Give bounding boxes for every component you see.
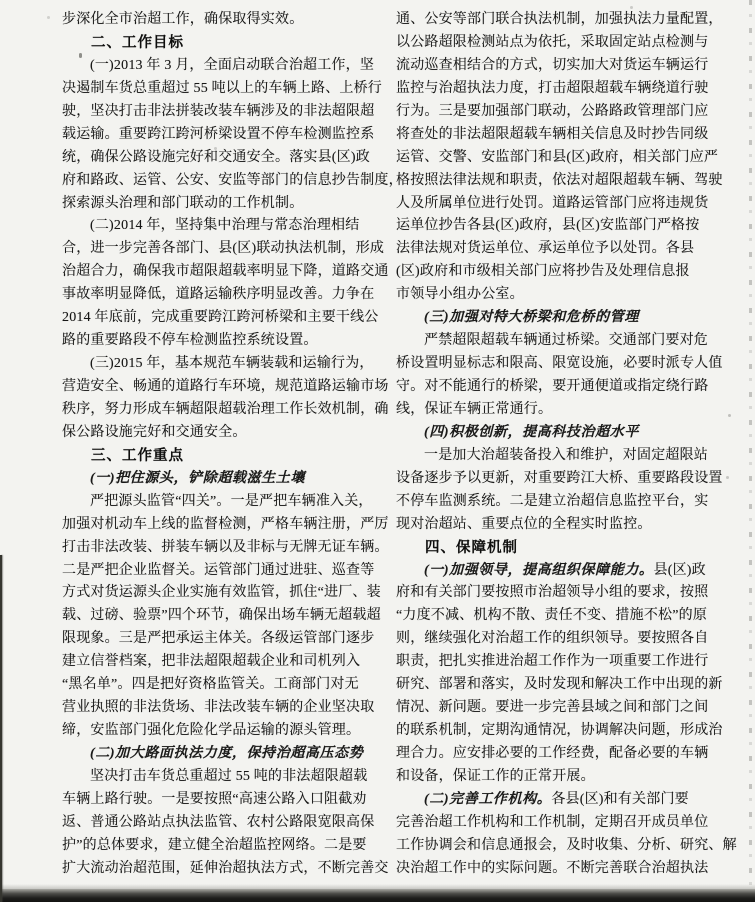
text-line: 府和有关部门要按照市治超领导小组的要求，按照 (396, 582, 714, 605)
scan-speck (630, 6, 633, 9)
text-line: 现对治超站、重要点位的全程实时监控。 (396, 514, 714, 537)
section-heading: 二、工作目标 (62, 32, 380, 55)
scan-edge-bottom (0, 889, 755, 902)
text-line: 营造安全、畅通的道路行车环境，规范道路运输市场 (62, 376, 380, 399)
text-line: 流动巡查相结合的方式，切实加大对货运车辆运行 (396, 55, 714, 78)
scan-speck (351, 756, 354, 759)
text-line: 护”的总体要求，建立健全治超监控网络。二是要 (62, 835, 380, 858)
text-line: 府和路政、运管、公安、安监等部门的信息抄告制度， (62, 170, 380, 193)
text-line: 行为。三是要加强部门联动，公路路政管理部门应 (396, 101, 714, 124)
text-line: 一是加大治超装备投入和维护，对固定超限站 (396, 445, 714, 468)
subsection-heading: (二)加大路面执法力度，保持治超高压态势 (62, 743, 380, 766)
text-line: 则，继续强化对治超工作的组织领导。要按照各自 (396, 628, 714, 651)
scan-speck (728, 414, 731, 417)
scan-noise-right (749, 0, 752, 889)
text-line: 车辆上路行驶。一是要按照“高速公路入口阻截劝 (62, 789, 380, 812)
text-line: 决遏制车货总重超过 55 吨以上的车辆上路、上桥行 (62, 78, 380, 101)
text-line: 格按照法律法规和职责，依法对超限超载车辆、驾驶 (396, 170, 714, 193)
text-line: 二是严把企业监督关。运管部门通过进驻、巡查等 (62, 560, 380, 583)
text-line: 职责，把扎实推进治超工作作为一项重要工作进行 (396, 651, 714, 674)
text-line: 事故率明显降低，道路运输秩序明显改善。力争在 (62, 284, 380, 307)
text-line: 和设备，保证工作的正常开展。 (396, 766, 714, 789)
scan-speck (214, 147, 217, 150)
text-line: 返、普通公路站点执法监管、农村公路限宽限高保 (62, 812, 380, 835)
subsection-heading-inline: (一)加强领导，提高组织保障能力。 (424, 563, 654, 578)
scan-edge-left (0, 555, 2, 902)
text-line: (一)加强领导，提高组织保障能力。县(区)政 (396, 560, 714, 583)
subsection-heading-inline: (二)完善工作机构。 (424, 792, 551, 807)
text-line: 打击非法改装、拼装车辆以及非标与无牌无证车辆。 (62, 537, 380, 560)
text-line: 完善治超工作机构和工作机制，定期召开成员单位 (396, 812, 714, 835)
text-line: 合，进一步完善各部门、县(区)联动执法机制，形成 (62, 238, 380, 261)
text-line: 路的重要路段不停车检测监控系统设置。 (62, 330, 380, 353)
text-line: 步深化全市治超工作，确保取得实效。 (62, 9, 380, 32)
text-line: 严把源头监管“四关”。一是严把车辆准入关， (62, 491, 380, 514)
text-line: 统，确保公路设施完好和交通安全。落实县(区)政 (62, 147, 380, 170)
text-line: (区)政府和市级相关部门应将抄告及处理信息报 (396, 261, 714, 284)
text-line: (二)完善工作机构。各县(区)和有关部门要 (396, 789, 714, 812)
text-line: 将查处的非法超限超载车辆相关信息及时抄告同级 (396, 124, 714, 147)
scan-speck (83, 88, 86, 91)
text-line: 方式对货运源头企业实施有效监管，抓住“进厂、装 (62, 582, 380, 605)
text-line: 限现象。三是严把承运主体关。各级运管部门逐步 (62, 628, 380, 651)
scan-speck (79, 53, 82, 58)
text-line: 以公路超限检测站点为依托，采取固定站点检测与 (396, 32, 714, 55)
text-line: (二)2014 年，坚持集中治理与常态治理相结 (62, 215, 380, 238)
text-line: 法律法规对货运单位、承运单位予以处罚。各县 (396, 238, 714, 261)
text-line: 运管、交警、安监部门和县(区)政府，相关部门应严 (396, 147, 714, 170)
text-line: 营业执照的非法货场、非法改装车辆的企业坚决取 (62, 697, 380, 720)
text-line: 的联系机制，定期沟通情况，协调解决问题，形成治 (396, 720, 714, 743)
text-line: 监控与治超执法力度，打击超限超载车辆绕道行驶 (396, 78, 714, 101)
text-line: 加强对机动车上线的监督检测，严格车辆注册，严厉 (62, 514, 380, 537)
text-line: 秩序，努力形成车辆超限超载治理工作长效机制，确 (62, 399, 380, 422)
text-line: 决治超工作中的实际问题。不断完善联合治超执法 (396, 858, 714, 881)
text-line: 载、过磅、验票”四个环节，确保出场车辆无超载超 (62, 605, 380, 628)
text-line: 线，保证车辆正常通行。 (396, 399, 714, 422)
text-line: 市领导小组办公室。 (396, 284, 714, 307)
text-line: 严禁超限超载车辆通过桥梁。交通部门要对危 (396, 330, 714, 353)
text-line: 情况、新问题。要进一步完善县域之间和部门之间 (396, 697, 714, 720)
section-heading: 四、保障机制 (396, 537, 714, 560)
text-line: 工作协调会和信息通报会，及时收集、分析、研究、解 (396, 835, 714, 858)
text-line: 设备逐步予以更新，对重要跨江大桥、重要路段设置 (396, 468, 714, 491)
text-line: 建立信誉档案，把非法超限超载企业和司机列入 (62, 651, 380, 674)
text-line: 载运输。重要跨江跨河桥梁设置不停车检测监控系 (62, 124, 380, 147)
subsection-heading: (四)积极创新，提高科技治超水平 (396, 422, 714, 445)
text-line: “黑名单”。四是把好资格监管关。工商部门对无 (62, 674, 380, 697)
scanned-page: 步深化全市治超工作，确保取得实效。二、工作目标(一)2013 年 3 月，全面启… (0, 0, 755, 902)
text-line: 守。对不能通行的桥梁，要开通便道或指定绕行路 (396, 376, 714, 399)
text-line: 驶，坚决打击非法拼装改装车辆涉及的非法超限超 (62, 101, 380, 124)
text-line: 研究、部署和落实，及时发现和解决工作中出现的新 (396, 674, 714, 697)
text-line: 治超合力，确保我市超限超载率明显下降，道路交通 (62, 261, 380, 284)
text-line: 人及所属单位进行处罚。道路运管部门应将违规货 (396, 193, 714, 216)
right-text-column: 通、公安等部门联合执法机制，加强执法力量配置，以公路超限检测站点为依托，采取固定… (396, 9, 714, 881)
subsection-heading: (三)加强对特大桥梁和危桥的管理 (396, 307, 714, 330)
text-line: (三)2015 年，基本规范车辆装载和运输行为， (62, 353, 380, 376)
text-line: 缔，安监部门强化危险化学品运输的源头管理。 (62, 720, 380, 743)
left-text-column: 步深化全市治超工作，确保取得实效。二、工作目标(一)2013 年 3 月，全面启… (62, 9, 380, 881)
scan-speck (47, 16, 50, 19)
text-line: 扩大流动治超范围，延伸治超执法方式，不断完善交 (62, 858, 380, 881)
text-line: 坚决打击车货总重超过 55 吨的非法超限超载 (62, 766, 380, 789)
text-line: 保公路设施完好和交通安全。 (62, 422, 380, 445)
text-line: 桥设置明显标志和限高、限宽设施，必要时派专人值 (396, 353, 714, 376)
subsection-heading: (一)把住源头，铲除超载滋生土壤 (62, 468, 380, 491)
text-line: “力度不减、机构不散、责任不变、措施不松”的原 (396, 605, 714, 628)
text-line: 通、公安等部门联合执法机制，加强执法力量配置， (396, 9, 714, 32)
section-heading: 三、工作重点 (62, 445, 380, 468)
text-line: 2014 年底前，完成重要跨江跨河桥梁和主要干线公 (62, 307, 380, 330)
text-line: 理合力。应安排必要的工作经费，配备必要的车辆 (396, 743, 714, 766)
scan-speck (726, 476, 729, 479)
text-line: 运单位抄告各县(区)政府，县(区)安监部门严格按 (396, 215, 714, 238)
text-line: (一)2013 年 3 月，全面启动联合治超工作，坚 (62, 55, 380, 78)
text-line: 不停车监测系统。二是建立治超信息监控平台，实 (396, 491, 714, 514)
text-line: 探索源头治理和部门联动的工作机制。 (62, 193, 380, 216)
